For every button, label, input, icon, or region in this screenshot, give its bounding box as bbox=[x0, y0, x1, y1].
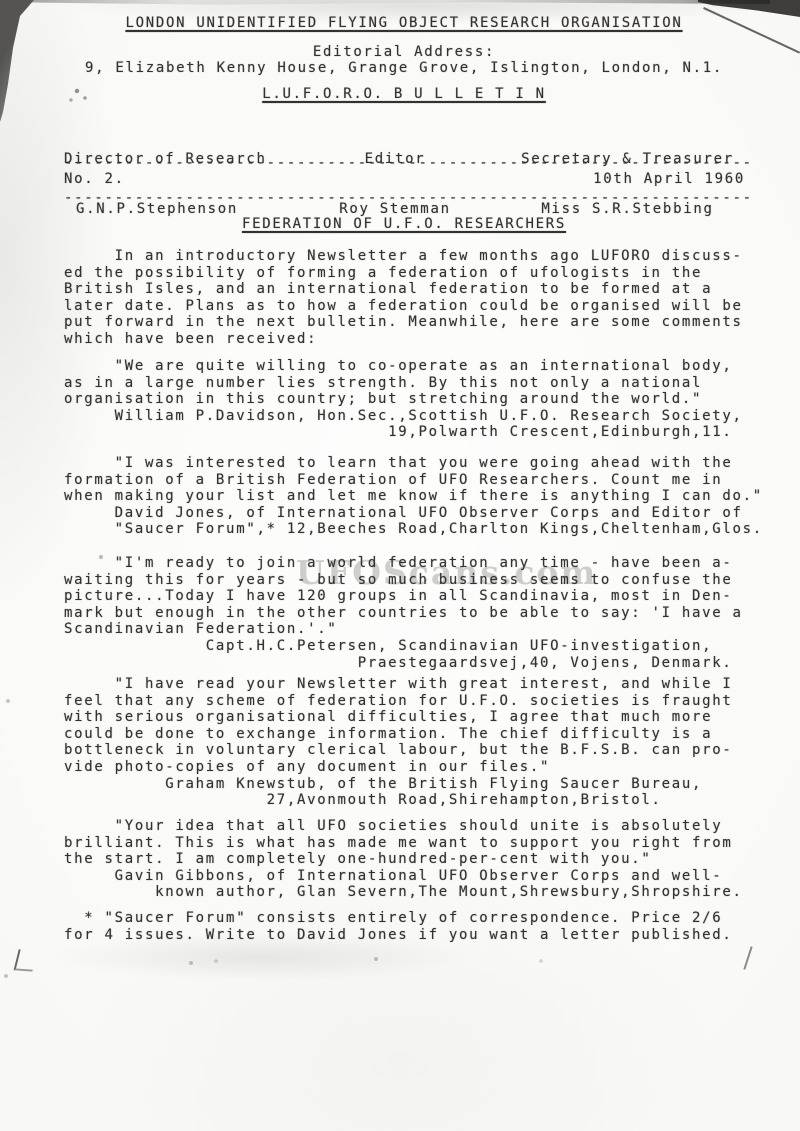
scan-artifact-specks bbox=[0, 0, 2, 2]
quote-jones: "I was interested to learn that you were… bbox=[64, 455, 763, 538]
quote-knewstub: "I have read your Newsletter with great … bbox=[64, 676, 733, 809]
scan-artifact-top-left-blotch bbox=[0, 0, 42, 122]
divider-dashes-top: ----------------------------------------… bbox=[64, 155, 753, 172]
footnote: * "Saucer Forum" consists entirely of co… bbox=[64, 910, 733, 943]
issue-number: No. 2. bbox=[64, 171, 125, 188]
scan-artifact-top-edge bbox=[30, 0, 770, 5]
editorial-address: 9, Elizabeth Kenny House, Grange Grove, … bbox=[64, 60, 744, 77]
scan-artifact-bottom-right-mark bbox=[743, 946, 752, 969]
article-heading: FEDERATION OF U.F.O. RESEARCHERS bbox=[64, 216, 744, 233]
intro-paragraph: In an introductory Newsletter a few mont… bbox=[64, 248, 743, 348]
quote-gibbons: "Your idea that all UFO societies should… bbox=[64, 818, 743, 901]
quote-davidson: "We are quite willing to co-operate as a… bbox=[64, 358, 743, 441]
editorial-address-label: Editorial Address: bbox=[64, 44, 744, 61]
scanned-bulletin-page: UFOScans.com LONDON UNIDENTIFIED FLYING … bbox=[0, 0, 800, 1131]
scan-artifact-bottom-left-mark bbox=[14, 949, 38, 971]
quote-petersen: "I'm ready to join a world federation an… bbox=[64, 555, 743, 671]
divider-dashes-bottom: ----------------------------------------… bbox=[64, 190, 753, 207]
bulletin-title: L.U.F.O.R.O. B U L L E T I N bbox=[64, 86, 744, 103]
organisation-title: LONDON UNIDENTIFIED FLYING OBJECT RESEAR… bbox=[64, 15, 744, 32]
issue-date: 10th April 1960 bbox=[500, 171, 745, 188]
